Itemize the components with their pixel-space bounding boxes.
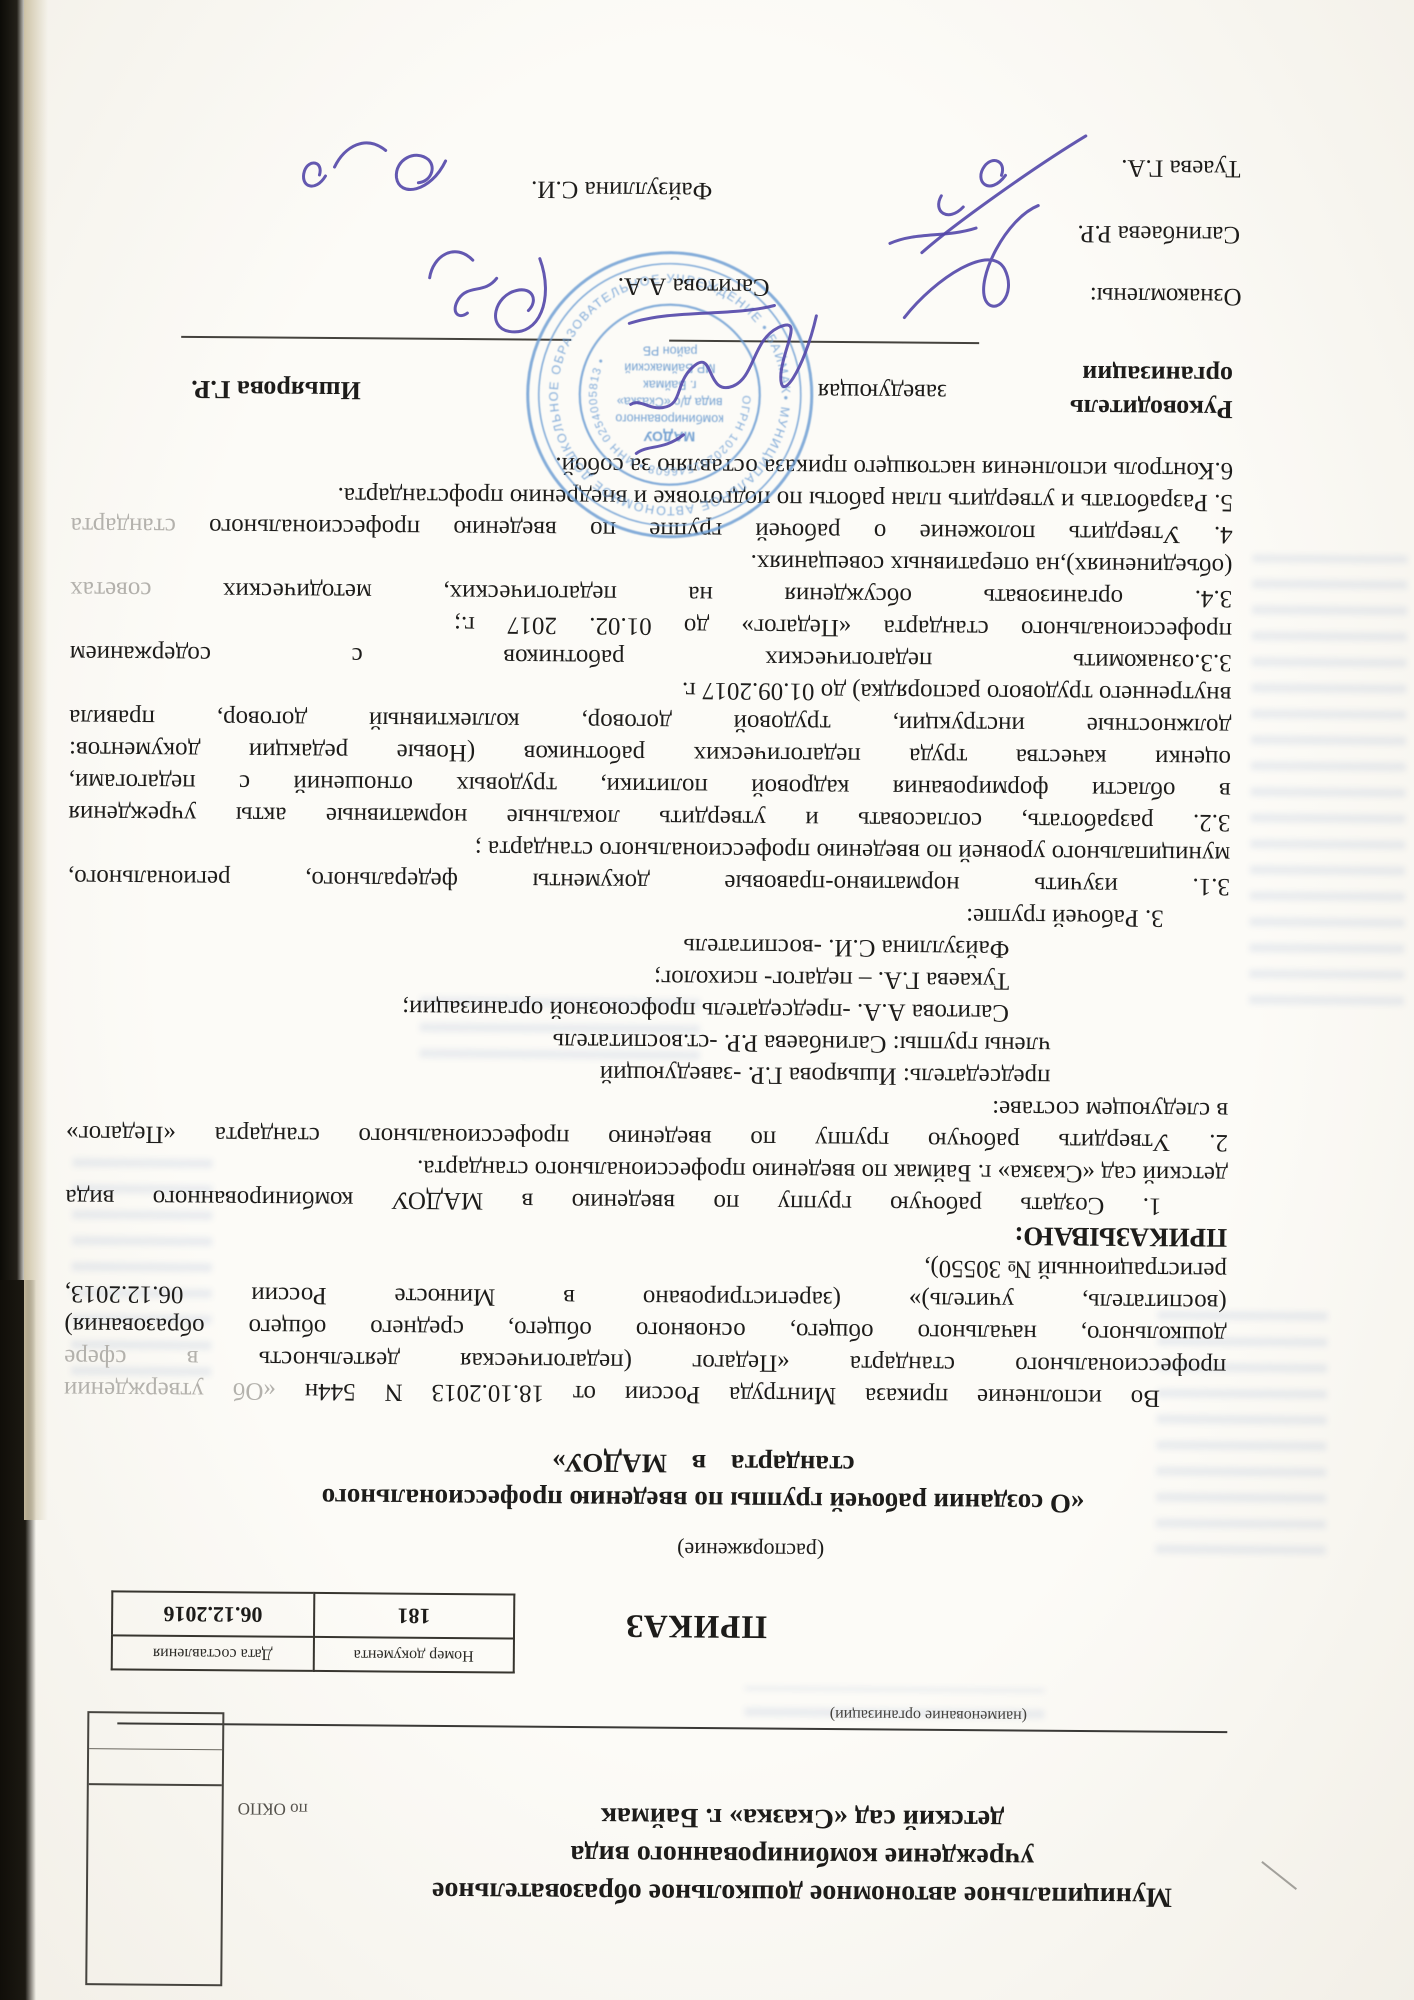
code-box-divider bbox=[89, 1783, 222, 1786]
order-title-line: «О создании рабочей группы по введению п… bbox=[203, 1478, 1203, 1523]
order-subtitle: (распоряжение) bbox=[636, 1536, 866, 1564]
stamp-center-line: МР Баймакский bbox=[624, 360, 715, 375]
ack-name-faizullina: Файзуллина С.И. bbox=[531, 175, 712, 204]
head-signoff-label-line: Руководитель bbox=[953, 390, 1233, 426]
ack-name-tuaeva: Туаева Г.А. bbox=[1121, 153, 1241, 182]
head-signoff-label: Руководитель организации bbox=[953, 356, 1234, 426]
stamp-center-line: г. Баймак bbox=[643, 377, 697, 391]
scanned-document: Муниципальное автономное дошкольное обра… bbox=[0, 0, 1414, 2000]
org-name-line: Муниципальное автономное дошкольное обра… bbox=[387, 1872, 1217, 1917]
org-name-line: детский сад «Сказка» г. Баймак bbox=[387, 1796, 1217, 1841]
head-signoff-label-line: организации bbox=[953, 356, 1233, 392]
form-code-box bbox=[85, 1711, 224, 1986]
org-name-caption: (наименование организации) bbox=[678, 1704, 1178, 1726]
signature-line bbox=[181, 336, 571, 341]
order-table-header-number: Номер документа bbox=[313, 1637, 514, 1673]
org-name-line: учреждение комбинированного вида bbox=[387, 1834, 1217, 1879]
org-name: Муниципальное автономное дошкольное обра… bbox=[387, 1796, 1218, 1917]
ack-name-saginbaeva: Сагинбаева Р.Р. bbox=[1077, 219, 1240, 248]
head-name: Ишьярова Г.Р. bbox=[191, 374, 361, 405]
code-box-divider bbox=[89, 1748, 222, 1750]
stamp-center-line: комбинированного bbox=[615, 411, 724, 426]
head-position: заведующая bbox=[818, 377, 947, 406]
ack-name-sagitova: Сагитова А.А. bbox=[618, 271, 770, 300]
order-table-header-date: Дата составления bbox=[112, 1635, 314, 1671]
document-page-rotated-180: Муниципальное автономное дошкольное обра… bbox=[0, 0, 1414, 2000]
order-number-value: 181 bbox=[314, 1593, 515, 1639]
order-title: «О создании рабочей группы по введению п… bbox=[203, 1441, 1204, 1523]
stamp-center-line: район РБ bbox=[643, 343, 698, 357]
faded-text: стандарта bbox=[71, 512, 176, 540]
order-date-value: 06.12.2016 bbox=[112, 1591, 314, 1637]
faded-text: в сфере bbox=[64, 1344, 199, 1372]
okpo-label: по ОКПО bbox=[238, 1798, 398, 1819]
order-number-table: Номер документа Дата составления 181 06.… bbox=[111, 1590, 516, 1673]
stamp-center-line: МАДОУ bbox=[643, 428, 695, 444]
stamp-center-line: вида д/с «Сказка» bbox=[617, 394, 723, 409]
signature-ink-faizullina bbox=[275, 112, 486, 224]
bleedthrough-smudge bbox=[1249, 554, 1408, 1005]
body-lines: Во исполнение приказа Минтруда России от… bbox=[64, 445, 1234, 1414]
faded-text: советах bbox=[70, 576, 151, 604]
order-word: ПРИКАЗ bbox=[625, 1606, 767, 1644]
scanner-edge-tan-strip bbox=[24, 0, 48, 1520]
pen-mark bbox=[1261, 1861, 1297, 1890]
signature-ink-saginbaeva bbox=[857, 179, 1068, 341]
ack-label: Ознакомлены: bbox=[1090, 281, 1242, 310]
faded-text: «Об утверждении bbox=[64, 1376, 276, 1405]
